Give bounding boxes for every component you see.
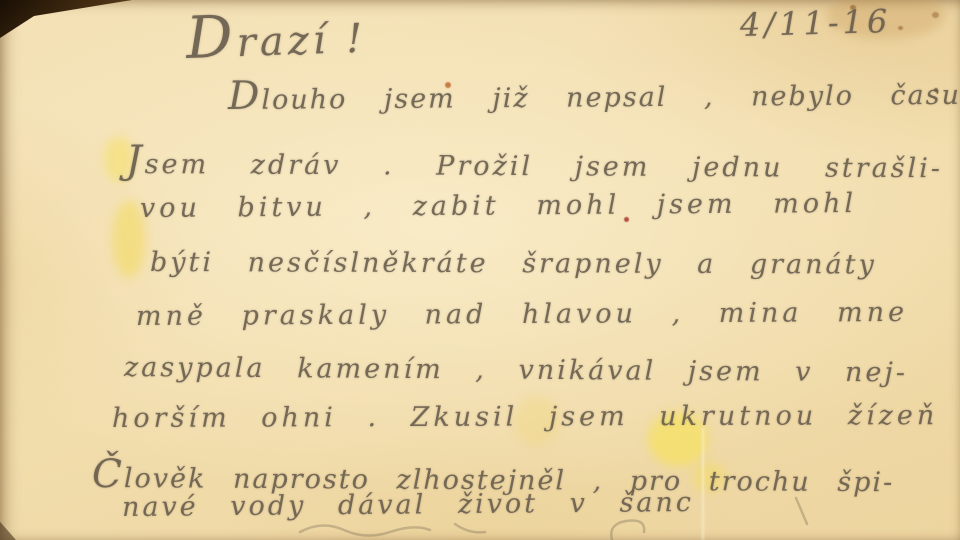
speck	[932, 12, 939, 18]
speck	[898, 26, 903, 30]
letter-line: zasypala kamením , vnikával jsem v nej-	[124, 352, 908, 388]
scan-edge-top-left	[0, 0, 150, 40]
letter-line: mně praskaly nad hlavou , mina mne	[136, 297, 908, 332]
scanned-letter-page: 4/11-16 Drazí ! Dlouho jsem již nepsal ,…	[0, 0, 960, 540]
letter-line: Dlouho jsem již nepsal , nebylo času	[228, 69, 960, 119]
letter-line: navé vody dával život v šanc	[122, 487, 694, 523]
letter-date: 4/11-16	[740, 2, 892, 44]
scan-edge-bottom-left	[0, 514, 22, 540]
letter-line: vou bitvu , zabit mohl jsem mohl	[140, 188, 857, 224]
letter-line: horším ohni . Zkusil jsem ukrutnou žízeň	[112, 400, 938, 434]
letter-line: býti nesčíslněkráte šrapnely a granáty	[150, 247, 877, 281]
letter-salutation: Drazí !	[185, 0, 367, 72]
letter-line: Jsem zdráv . Prožil jsem jednu strašli-	[126, 138, 943, 187]
